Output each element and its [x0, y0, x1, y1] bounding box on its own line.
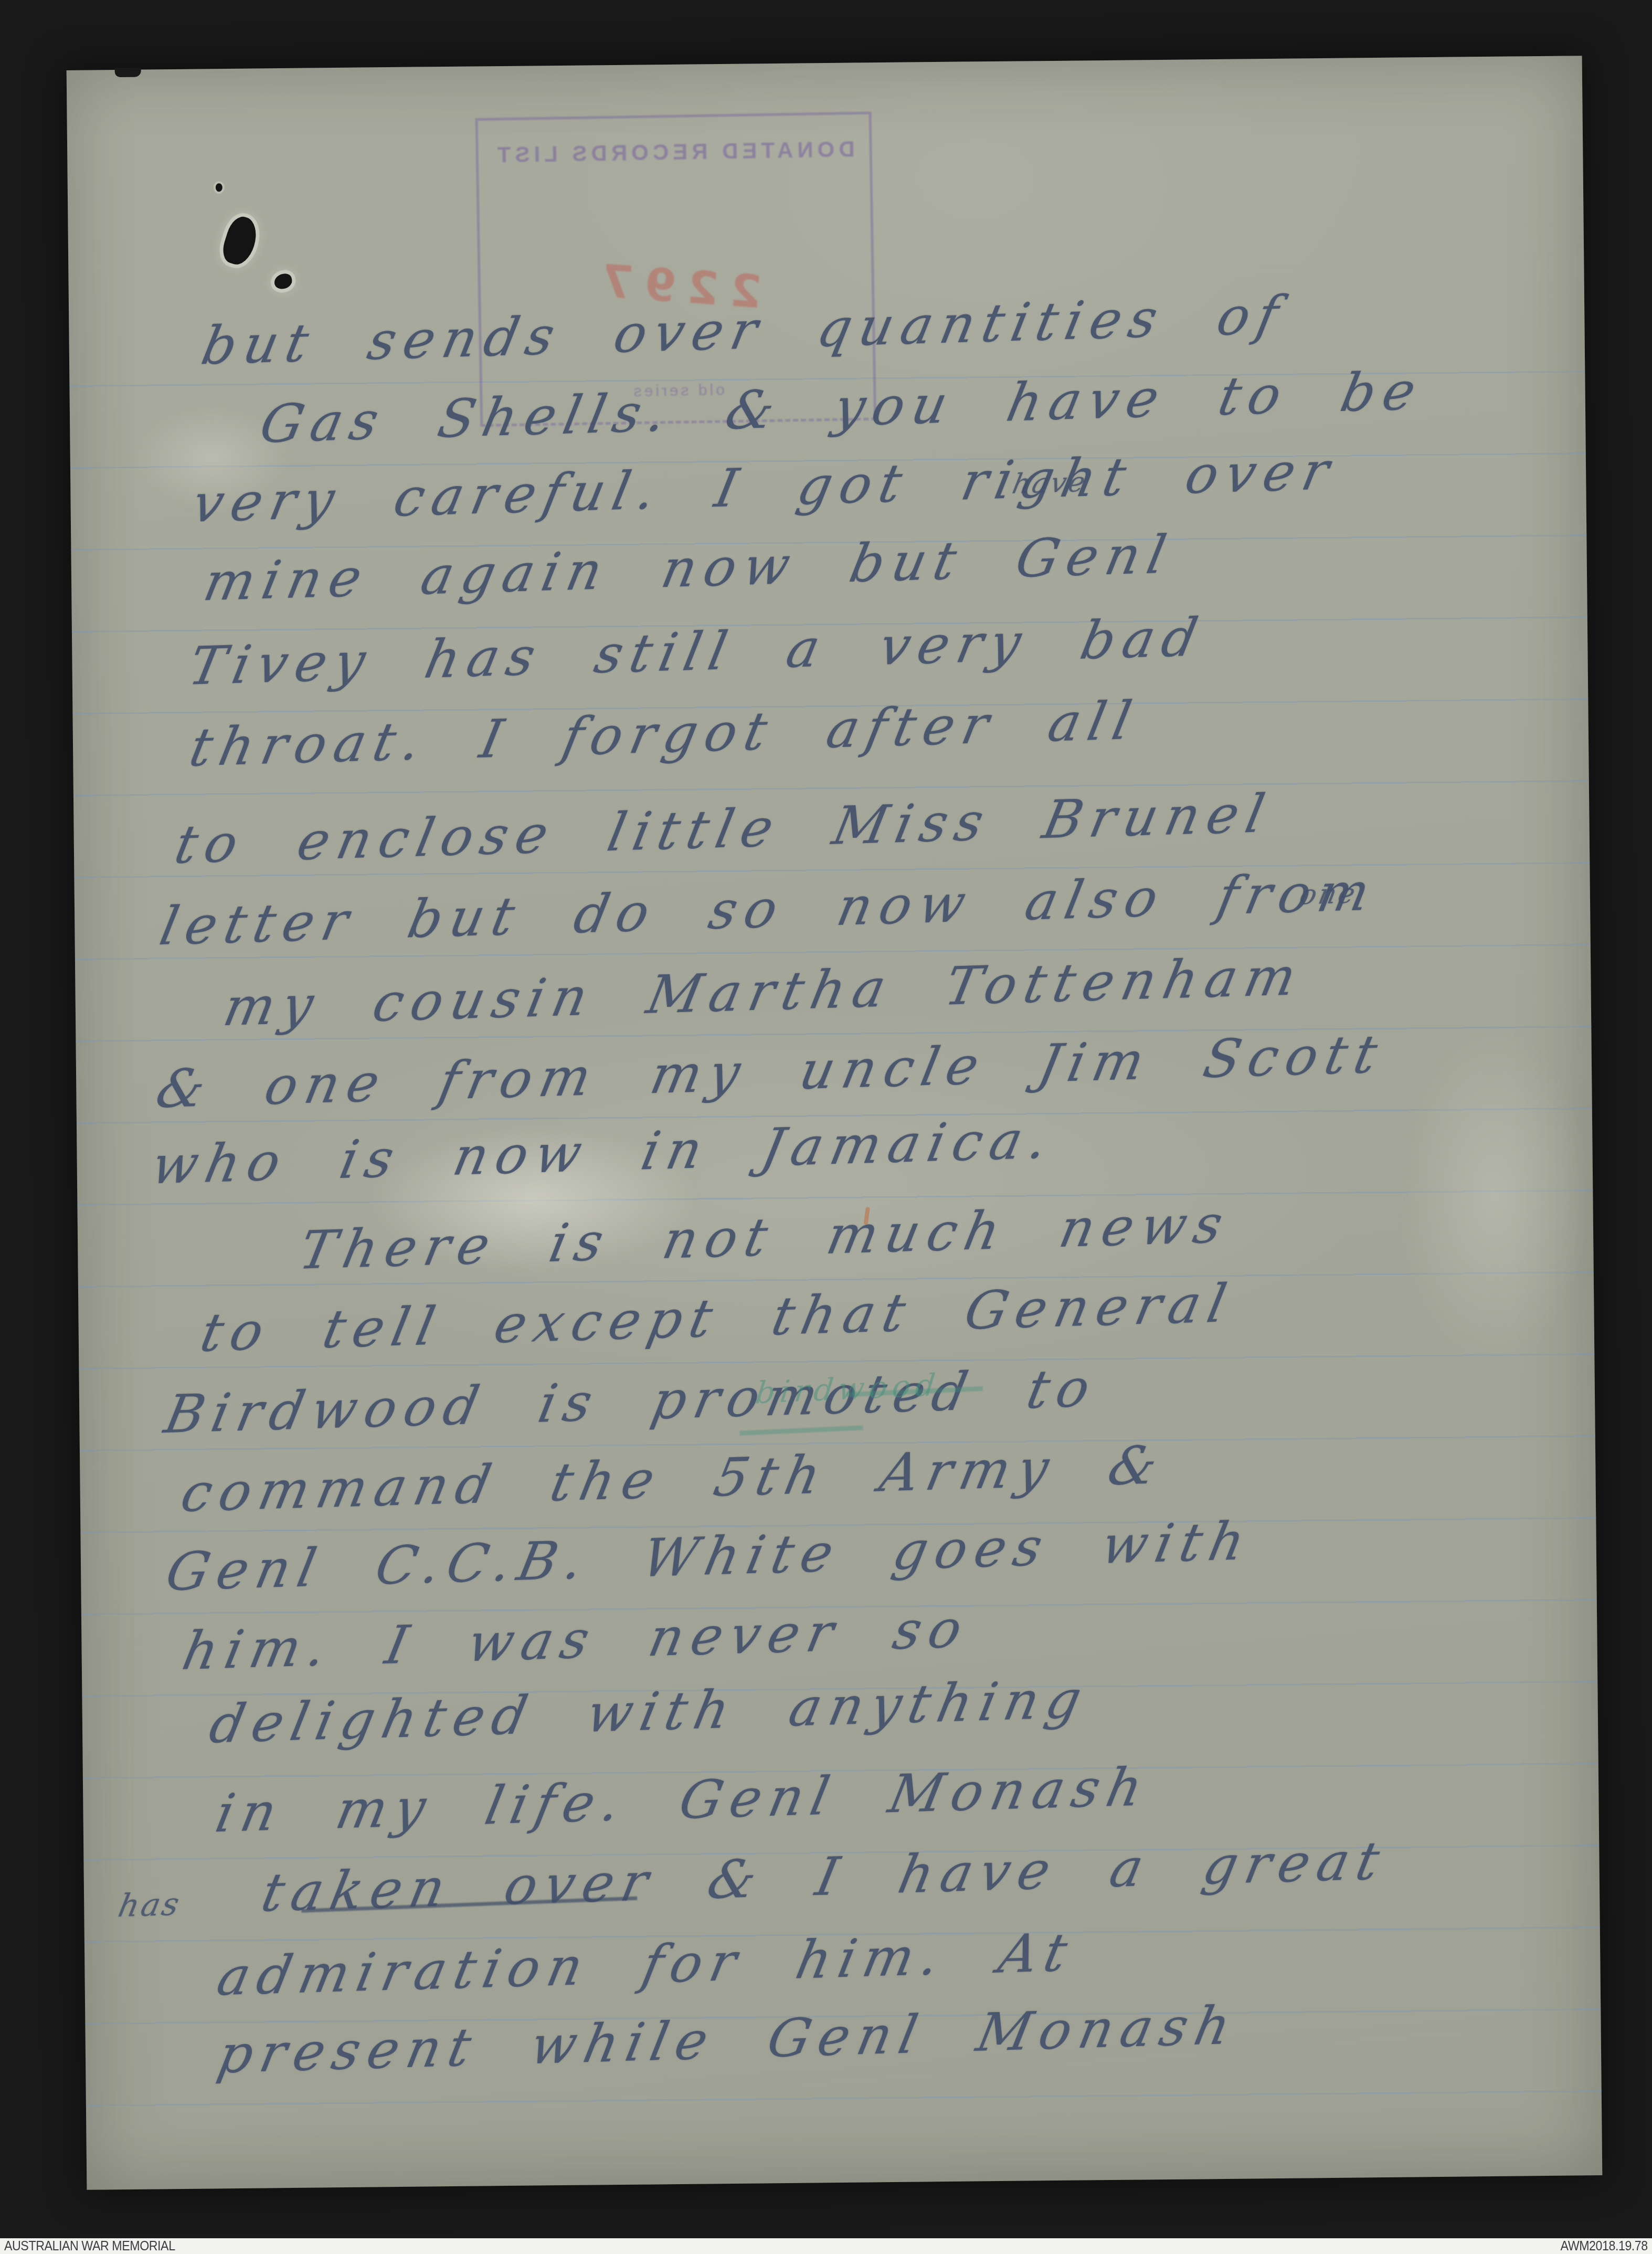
paper-hole	[219, 214, 261, 269]
stamp-title: DONATED RECORDS LIST	[478, 136, 870, 168]
inserted-word-one: one	[1297, 880, 1360, 909]
paper-hole	[273, 272, 293, 291]
letter-line: Birdwood is promoted to	[161, 1362, 1102, 1441]
crease-scuff	[1398, 1027, 1590, 1364]
letter-line: There is not much news	[295, 1198, 1235, 1277]
letter-line: & one from my uncle Jim Scott	[152, 1028, 1389, 1115]
letter-line: who is now in Jamaica.	[147, 1113, 1060, 1192]
archive-caption-bar: AUSTRALIAN WAR MEMORIAL AWM2018.19.78	[0, 2238, 1652, 2254]
letter-line: mine again now but Genl	[200, 528, 1178, 608]
letter-page: DONATED RECORDS LIST 2297 old series but…	[67, 56, 1603, 2190]
letter-line: but sends over quantities of	[197, 289, 1290, 372]
paper-edge-notch	[115, 68, 141, 77]
letter-line: delighted with anything	[205, 1673, 1093, 1751]
letter-line: Tivey has still a very bad	[185, 611, 1210, 693]
letter-line: present while Genl Monash	[214, 1999, 1242, 2081]
letter-line: him. I was never so	[178, 1603, 974, 1678]
letter-line: command the 5th Army &	[177, 1439, 1169, 1520]
letter-line: Gas Shells. & you have to be	[256, 365, 1428, 451]
margin-word-has: has	[116, 1889, 184, 1922]
letter-line: throat. I forgot after all	[186, 694, 1143, 774]
inserted-word-have: have	[1010, 469, 1090, 498]
paper-hole	[216, 183, 223, 192]
letter-line: to tell except that General	[196, 1277, 1238, 1360]
letter-line: to enclose little Miss Brunel	[171, 787, 1276, 871]
letter-line: my cousin Martha Tottenham	[219, 950, 1308, 1034]
accession-number-label: AWM2018.19.78	[1561, 2239, 1648, 2254]
letter-line: admiration for him. At	[213, 1926, 1079, 2003]
archive-name-label: AUSTRALIAN WAR MEMORIAL	[4, 2239, 175, 2254]
letter-line: letter but do so now also from	[156, 866, 1382, 953]
letter-line: very careful. I got right over	[188, 445, 1341, 530]
letter-line: in my life. Genl Monash	[211, 1761, 1155, 1840]
letter-line: Genl C.C.B. White goes with	[162, 1515, 1257, 1599]
